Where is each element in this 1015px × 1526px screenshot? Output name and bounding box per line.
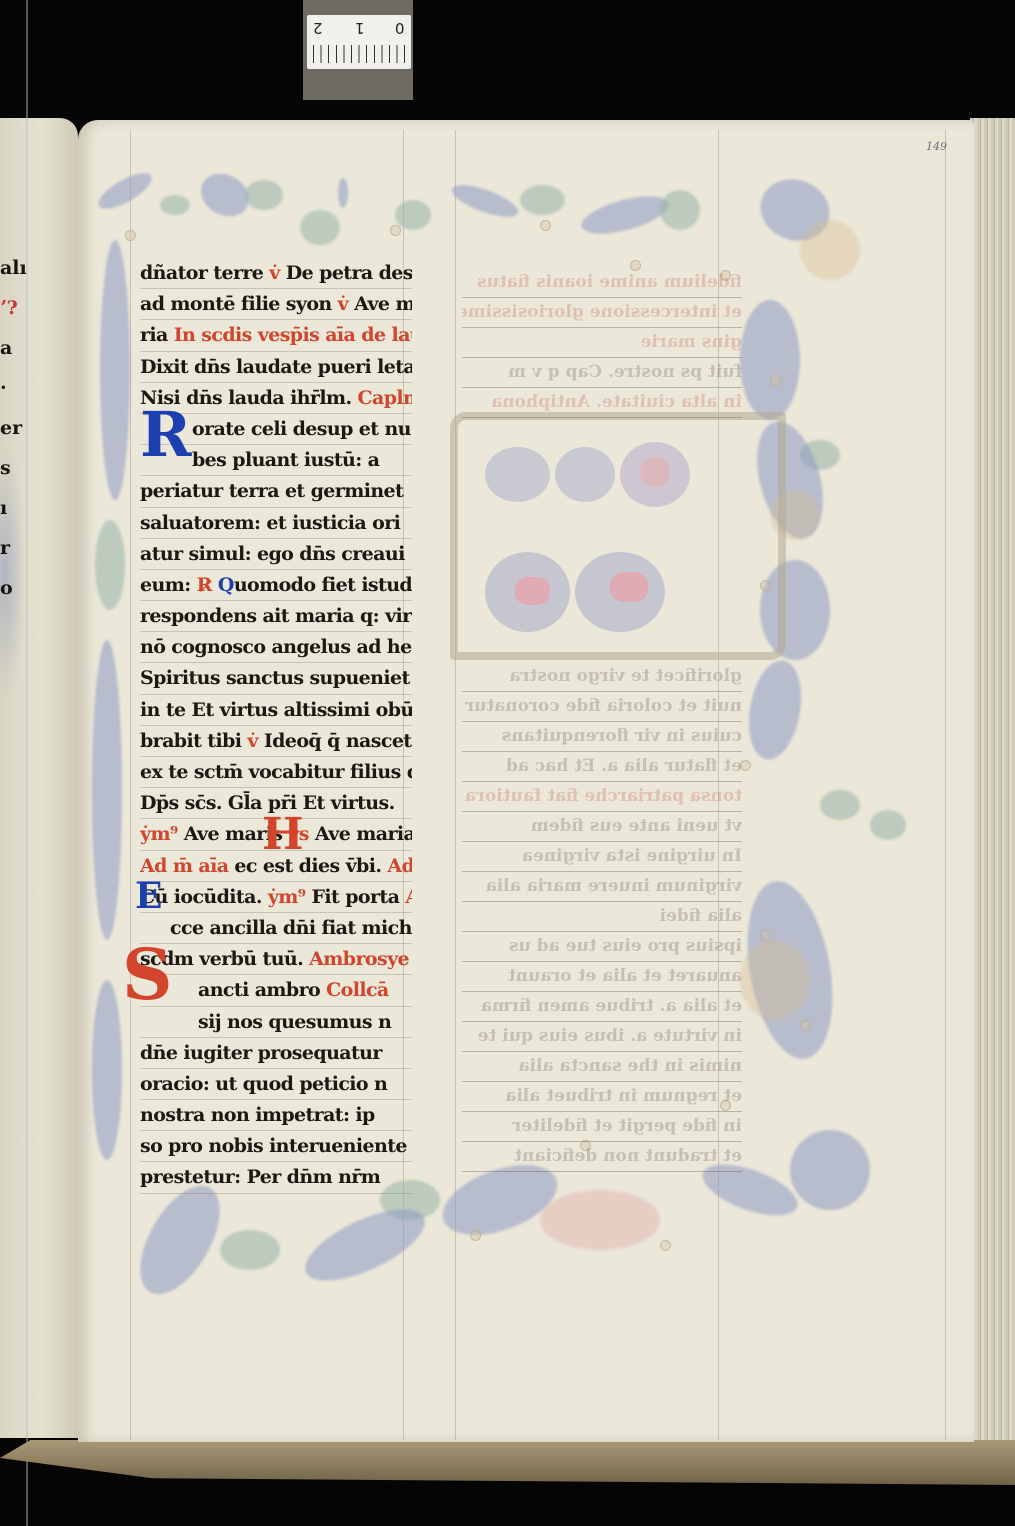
rubric-text: Caplm <box>357 387 412 409</box>
manuscript-line: nō cognosco angelus ad hec <box>140 632 412 663</box>
manuscript-line: dn̄e iugiter prosequatur <box>140 1038 412 1069</box>
manuscript-line: Cū iocūdita. ẏm⁹ Fit porta Aū <box>140 882 412 913</box>
manuscript-line: Dixit dn̄s laudate pueri letat᷑ <box>140 352 412 383</box>
manuscript-line: oracio: ut quod peticio n <box>140 1069 412 1100</box>
manuscript-line: Spiritus sanctus supueniet <box>140 663 412 694</box>
text-segment: Ideoq̄ q̄ nascet <box>264 730 412 752</box>
red-initial-s: S <box>122 940 173 1010</box>
ghost-line: In uirgine ista virginea <box>462 842 742 872</box>
ghost-line: fidelium anime ioanis fiatus <box>462 268 742 298</box>
ruler-label-0: 0 <box>395 19 405 37</box>
text-segment: Fit porta <box>312 886 406 908</box>
rubric-text: Ambrosye <box>309 948 409 970</box>
manuscript-line: in te Et virtus altissimi obū <box>140 695 412 726</box>
left-page-fragment: alı ʼ? a · er s ı r o <box>0 118 78 1438</box>
manuscript-line: sij nos quesumus n <box>140 1007 412 1038</box>
text-segment: sij nos quesumus <box>198 1011 378 1033</box>
text-segment: bes pluant iustū: a <box>192 449 379 471</box>
glass-plate-edge <box>26 0 28 1526</box>
text-segment: periatur terra et germinet <box>140 480 403 502</box>
left-page-text: alı ʼ? a · er s ı r o <box>0 248 28 608</box>
text-segment: n <box>378 1011 391 1033</box>
ruler-card: 2 1 0 <box>307 15 411 69</box>
text-segment: in te Et virtus altissimi obū <box>140 699 412 721</box>
ghost-line: et regnum in tribuet alia <box>462 1082 742 1112</box>
text-segment: so pro nobis interueniente <box>140 1135 407 1157</box>
ghost-line: et tradunt non deficiant <box>462 1142 742 1172</box>
folio-number: 149 <box>926 140 947 153</box>
text-segment: saluatorem: et iusticia ori <box>140 512 400 534</box>
ruling-line <box>455 130 456 1440</box>
red-initial-h: H <box>262 813 304 857</box>
text-segment: oracio: ut quod peticio n <box>140 1073 387 1095</box>
rubric-text: Ad m̄ aīa <box>140 855 234 877</box>
page-block-edge <box>970 118 1015 1443</box>
text-segment: cce ancilla dn̄i fiat michi <box>170 917 412 939</box>
rubric-text: Ad gpl <box>387 855 412 877</box>
rubric-text: ẏm⁹ <box>268 886 312 908</box>
scale-ruler: 2 1 0 <box>303 0 413 100</box>
manuscript-line: ria In scdis vesp̄is aīa de laū. ps <box>140 320 412 351</box>
rubric-text: v̇ <box>247 730 263 752</box>
ghost-line: virginum inuere maria alia <box>462 872 742 902</box>
left-line: s <box>0 448 28 488</box>
manuscript-line: ancti ambro Collcā <box>140 975 412 1006</box>
blue-initial-e: E <box>135 878 162 914</box>
text-segment: ad montē filie syon <box>140 293 338 315</box>
manuscript-line: saluatorem: et iusticia ori <box>140 508 412 539</box>
show-through-text: fidelium anime ioanis fiatus et interces… <box>462 268 742 418</box>
text-segment: respondens ait maria q: viri <box>140 605 412 627</box>
left-line: a <box>0 328 28 368</box>
manuscript-line: periatur terra et germinet <box>140 476 412 507</box>
book-bottom-edge <box>0 1440 1015 1485</box>
ghost-line: cuius in vir florenquitans <box>462 722 742 752</box>
rubric-text: ẏm⁹ <box>140 823 184 845</box>
manuscript-line: ex te sctm̄ vocabitur filius dei. <box>140 757 412 788</box>
ghost-line: alia fidei <box>462 902 742 932</box>
left-line: alı <box>0 248 28 288</box>
manuscript-line: ad montē filie syon v̇ Ave ma <box>140 289 412 320</box>
text-segment: ria <box>140 324 174 346</box>
rubric-text: Aū <box>405 886 412 908</box>
ruler-ticks <box>313 45 405 63</box>
ghost-line: nimis in the sancta alia <box>462 1052 742 1082</box>
ruler-label-1: 1 <box>355 19 365 37</box>
manuscript-line: eum: R̷ Quomodo fiet istud <box>140 570 412 601</box>
text-segment: nostra non impetrat: ip <box>140 1104 375 1126</box>
text-segment: atur simul: ego dn̄s creaui <box>140 543 405 565</box>
text-segment: brabit tibi <box>140 730 247 752</box>
text-segment: ancti ambro <box>198 979 326 1001</box>
ghost-line: anuaret et alia et oraunt <box>462 962 742 992</box>
ghost-line: et alia a. tribue amen firma <box>462 992 742 1022</box>
left-line: r <box>0 528 28 568</box>
text-segment: orate celi desup et nu <box>192 418 411 440</box>
blue-initial-r: R <box>140 405 192 465</box>
manuscript-line: brabit tibi v̇ Ideoq̄ q̄ nascet <box>140 726 412 757</box>
text-segment: eum: <box>140 574 197 596</box>
ghost-line: gins marie <box>462 328 742 358</box>
ghost-line: ipsius pro eius tue ad us <box>462 932 742 962</box>
text-segment: De petra deserti <box>286 262 412 284</box>
ghost-line: nuit et coloria fide coronatur <box>462 692 742 722</box>
ruler-label-2: 2 <box>313 19 323 37</box>
ghost-line: tonsa patriarche fiat fautiora <box>462 782 742 812</box>
ghost-line: et flatur alia a. Et hac ad <box>462 752 742 782</box>
text-segment: dn̄e iugiter prosequatur <box>140 1042 382 1064</box>
rubric-text: In scdis vesp̄is aīa de laū. ps <box>174 324 412 346</box>
ghost-line: in fide pergit et fideliter <box>462 1112 742 1142</box>
manuscript-line: dñator terre v̇ De petra deserti <box>140 258 412 289</box>
text-segment: ex te sctm̄ vocabitur filius dei. <box>140 761 412 783</box>
text-segment: dñator terre <box>140 262 269 284</box>
manuscript-line: atur simul: ego dn̄s creaui <box>140 539 412 570</box>
text-segment: uomodo fiet istud <box>234 574 412 596</box>
ruling-line <box>945 130 946 1440</box>
left-line: er <box>0 408 28 448</box>
text-segment: Ave maria <box>315 823 412 845</box>
ghost-line: et intercessione gloriosissime v <box>462 298 742 328</box>
text-segment: Dixit dn̄s laudate pueri letat᷑ <box>140 356 412 378</box>
show-through-initial <box>440 412 780 652</box>
left-line: ı <box>0 488 28 528</box>
text-segment: Spiritus sanctus supueniet <box>140 667 410 689</box>
manuscript-line: nostra non impetrat: ip <box>140 1100 412 1131</box>
ghost-line: in virtute a. ibus eius qui te <box>462 1022 742 1052</box>
manuscript-line: prestetur: Per dn̄m nr̄m <box>140 1162 412 1193</box>
ghost-line: vt ueni ante eus fidem <box>462 812 742 842</box>
rubric-text: v̇ <box>269 262 285 284</box>
rubric-text: R̷ <box>197 574 218 596</box>
text-segment: ec est dies v̄bi. <box>234 855 387 877</box>
manuscript-line: scdm verbū tuū. Ambrosye <box>140 944 412 975</box>
text-segment: Q <box>218 574 234 596</box>
ghost-line: fuit ps nostre. Cap q v m <box>462 358 742 388</box>
manuscript-line: cce ancilla dn̄i fiat michi <box>140 913 412 944</box>
text-segment: nō cognosco angelus ad hec <box>140 636 412 658</box>
rubric-text: v̇ <box>338 293 354 315</box>
ruling-line <box>130 130 131 1440</box>
rubric-text: Collcā <box>326 979 389 1001</box>
manuscript-line: so pro nobis interueniente <box>140 1131 412 1162</box>
text-segment: Ave ma <box>354 293 412 315</box>
left-line: o <box>0 568 28 608</box>
left-line: · <box>0 368 28 408</box>
manuscript-line: respondens ait maria q: viri <box>140 601 412 632</box>
ghost-line: in alta ciuitate. Antiphona <box>462 388 742 418</box>
left-line: ʼ? <box>0 288 28 328</box>
text-segment: prestetur: Per dn̄m nr̄m <box>140 1166 380 1188</box>
ghost-line: glorificet te virgo nostra <box>462 662 742 692</box>
show-through-text-lower: glorificet te virgo nostra nuit et color… <box>462 662 742 1172</box>
